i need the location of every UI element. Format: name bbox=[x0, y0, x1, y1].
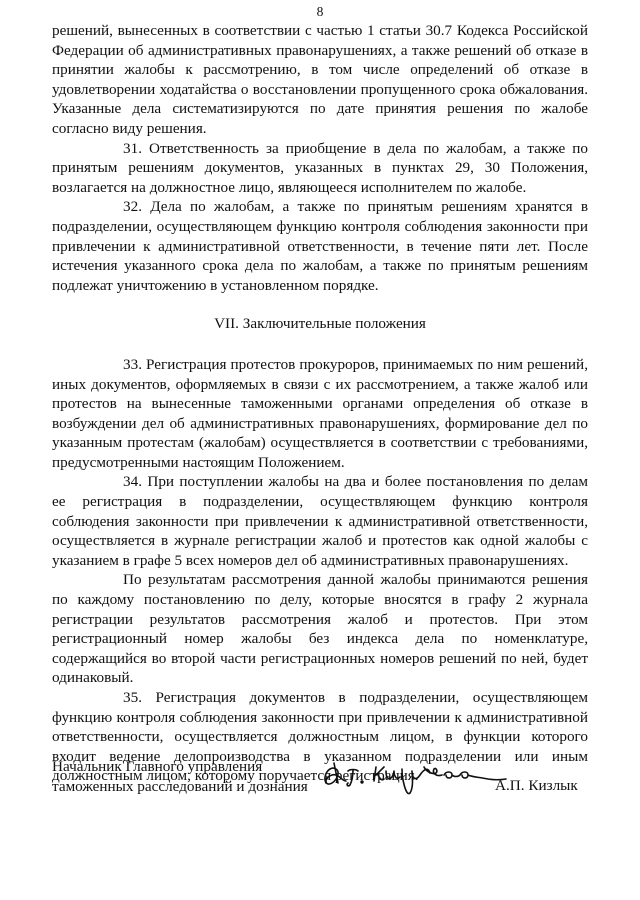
signer-title: Начальник Главного управления таможенных… bbox=[52, 757, 322, 796]
paragraph-continuation: решений, вынесенных в соответствии с час… bbox=[52, 21, 588, 139]
signer-name: А.П. Кизлык bbox=[495, 776, 578, 796]
paragraph-34-continued: По результатам рассмотрения данной жалоб… bbox=[52, 570, 588, 688]
page-number: 8 bbox=[0, 3, 640, 21]
handwritten-signature-icon bbox=[320, 757, 520, 801]
signature-block: Начальник Главного управления таможенных… bbox=[52, 757, 592, 807]
paragraph-33: 33. Регистрация протестов прокуроров, пр… bbox=[52, 355, 588, 473]
signer-title-line-1: Начальник Главного управления bbox=[52, 757, 322, 777]
document-body: решений, вынесенных в соответствии с час… bbox=[52, 21, 588, 786]
paragraph-31: 31. Ответственность за приобщение в дела… bbox=[52, 139, 588, 198]
paragraph-32: 32. Дела по жалобам, а также по принятым… bbox=[52, 197, 588, 295]
section-heading: VII. Заключительные положения bbox=[52, 314, 588, 334]
signer-title-line-2: таможенных расследований и дознания bbox=[52, 777, 322, 797]
paragraph-34: 34. При поступлении жалобы на два и боле… bbox=[52, 472, 588, 570]
